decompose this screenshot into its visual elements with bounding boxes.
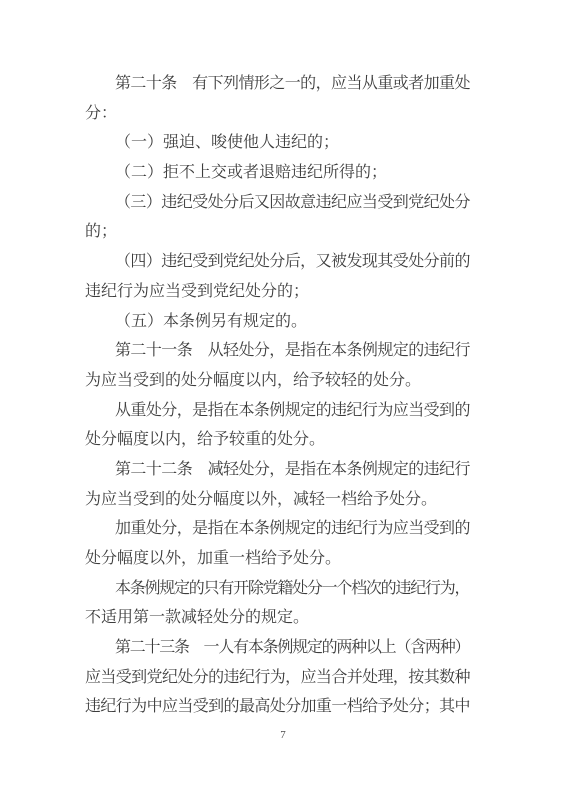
text-line: 的； bbox=[85, 217, 469, 247]
text-line: 本条例规定的只有开除党籍处分一个档次的违纪行为， bbox=[85, 574, 469, 604]
text-line: （四）违纪受到党纪处分后，又被发现其受处分前的 bbox=[85, 247, 469, 277]
text-line: （三）违纪受处分后又因故意违纪应当受到党纪处分 bbox=[85, 188, 469, 218]
text-line: 加重处分，是指在本条例规定的违纪行为应当受到的 bbox=[85, 514, 469, 544]
text-line: 违纪行为中应当受到的最高处分加重一档给予处分；其中 bbox=[85, 692, 469, 722]
text-line: 为应当受到的处分幅度以外，减轻一档给予处分。 bbox=[85, 485, 469, 515]
text-line: 处分幅度以外，加重一档给予处分。 bbox=[85, 544, 469, 574]
text-line: 为应当受到的处分幅度以内，给予较轻的处分。 bbox=[85, 366, 469, 396]
text-line: 第二十二条 减轻处分，是指在本条例规定的违纪行 bbox=[85, 455, 469, 485]
text-line: 从重处分，是指在本条例规定的违纪行为应当受到的 bbox=[85, 396, 469, 426]
text-line: （二）拒不上交或者退赔违纪所得的； bbox=[85, 158, 469, 188]
text-line: 第二十一条 从轻处分，是指在本条例规定的违纪行 bbox=[85, 336, 469, 366]
text-column: 第二十条 有下列情形之一的，应当从重或者加重处 分： （一）强迫、唆使他人违纪的… bbox=[85, 69, 469, 722]
text-line: 违纪行为应当受到党纪处分的； bbox=[85, 277, 469, 307]
text-line: 第二十条 有下列情形之一的，应当从重或者加重处 bbox=[85, 69, 469, 99]
document-page: 第二十条 有下列情形之一的，应当从重或者加重处 分： （一）强迫、唆使他人违纪的… bbox=[0, 0, 566, 800]
text-line: 应当受到党纪处分的违纪行为，应当合并处理，按其数种 bbox=[85, 663, 469, 693]
text-line: （五）本条例另有规定的。 bbox=[85, 307, 469, 337]
text-line: 不适用第一款减轻处分的规定。 bbox=[85, 603, 469, 633]
text-line: 分： bbox=[85, 99, 469, 129]
page-number: 7 bbox=[0, 728, 566, 742]
text-line: 处分幅度以内，给予较重的处分。 bbox=[85, 425, 469, 455]
text-line: 第二十三条 一人有本条例规定的两种以上（含两种） bbox=[85, 633, 469, 663]
text-line: （一）强迫、唆使他人违纪的； bbox=[85, 128, 469, 158]
